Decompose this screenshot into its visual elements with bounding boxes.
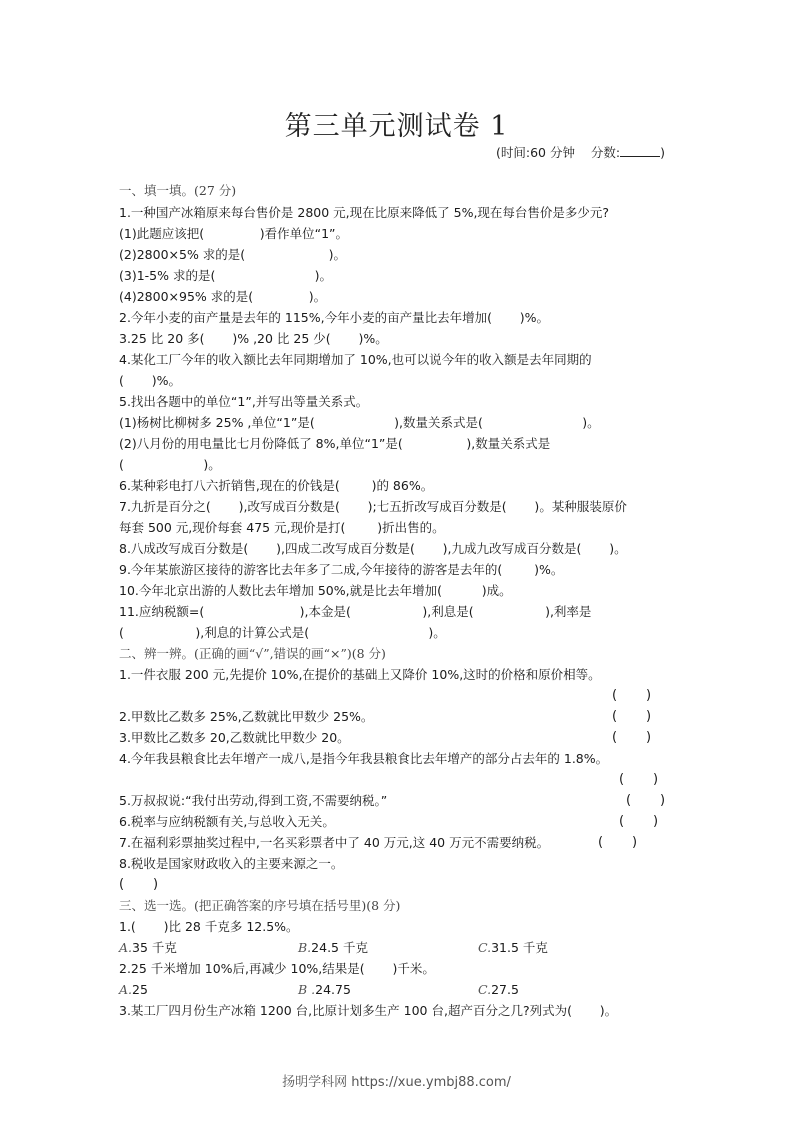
answer-paren[interactable]: ( ) [619,772,658,788]
exam-page: 第三单元测试卷 1 (时间:60 分钟 分数:) 一、填一填。(27 分) 1.… [0,0,793,1122]
option-c[interactable]: C.31.5 千克 [478,940,548,956]
question-line: 2.今年小麦的亩产量是去年的 115%,今年小麦的亩产量比去年增加( )%。 [119,310,549,326]
answer-paren[interactable]: ( ) [619,814,658,830]
option-key: A. [119,940,132,955]
question-line: (1)杨树比柳树多 25% ,单位“1”是( ),数量关系式是( )。 [119,415,600,431]
option-b[interactable]: B .24.75 [298,982,351,998]
option-key: A. [119,982,132,997]
option-key: B. [298,940,311,955]
question-line: 9.今年某旅游区接待的游客比去年多了二成,今年接待的游客是去年的( )%。 [119,562,563,578]
judge-item: 5.万叔叔说:“我付出劳动,得到工资,不需要纳税。” [119,793,387,809]
section-heading-judge: 二、辨一辨。(正确的画“√”,错误的画“×”)(8 分) [119,646,386,662]
question-line: ( )。 [119,457,221,473]
option-value: 35 千克 [132,940,177,955]
judge-item: 7.在福利彩票抽奖过程中,一名买彩票者中了 40 万元,这 40 万元不需要纳税… [119,835,549,851]
judge-item: 6.税率与应纳税额有关,与总收入无关。 [119,814,335,830]
section-heading-choose: 三、选一选。(把正确答案的序号填在括号里)(8 分) [119,898,400,914]
question-line: (3)1-5% 求的是( )。 [119,268,332,284]
score-blank[interactable] [620,144,660,157]
question-line: ( )%。 [119,373,181,389]
judge-item: 3.甲数比乙数多 20,乙数就比甲数少 20。 [119,730,350,746]
judge-item: 2.甲数比乙数多 25%,乙数就比甲数少 25%。 [119,709,373,725]
option-value: 31.5 千克 [491,940,548,955]
question-line: ( ),利息的计算公式是( )。 [119,625,446,641]
question-line: (1)此题应该把( )看作单位“1”。 [119,226,348,242]
judge-item: 1.一件衣服 200 元,先提价 10%,在提价的基础上又降价 10%,这时的价… [119,667,601,683]
answer-paren[interactable]: ( ) [612,730,651,746]
option-value: 24.75 [315,982,351,997]
option-value: 25 [132,982,148,997]
question-line: 3.25 比 20 多( )% ,20 比 25 少( )%。 [119,331,388,347]
question-line: (2)八月份的用电量比七月份降低了 8%,单位“1”是( ),数量关系式是 [119,436,550,452]
site-footer: 扬明学科网 https://xue.ymbj88.com/ [0,1071,793,1090]
answer-paren[interactable]: ( ) [612,709,651,725]
option-key: C. [478,982,491,997]
answer-paren[interactable]: ( ) [612,688,651,704]
judge-item: 8.税收是国家财政收入的主要来源之一。 [119,856,343,872]
question-line: 每套 500 元,现价每套 475 元,现价是打( )折出售的。 [119,520,445,536]
question-line: 4.某化工厂今年的收入额比去年同期增加了 10%,也可以说今年的收入额是去年同期… [119,352,592,368]
option-a[interactable]: A.35 千克 [119,940,177,956]
page-title: 第三单元测试卷 1 [0,104,793,143]
meta-close: ) [660,145,665,160]
section-heading-fill: 一、填一填。(27 分) [119,183,236,199]
question-line: 7.九折是百分之( ),改写成百分数是( );七五折改写成百分数是( )。某种服… [119,499,627,515]
option-value: 24.5 千克 [311,940,368,955]
option-key: C. [478,940,491,955]
question-line: 6.某种彩电打八六折销售,现在的价钱是( )的 86%。 [119,478,433,494]
question-line: 11.应纳税额=( ),本金是( ),利息是( ),利率是 [119,604,591,620]
answer-paren[interactable]: ( ) [119,877,158,893]
question-line: 8.八成改写成百分数是( ),四成二改写成百分数是( ),九成九改写成百分数是(… [119,541,627,557]
question-line: 1.一种国产冰箱原来每台售价是 2800 元,现在比原来降低了 5%,现在每台售… [119,205,609,221]
option-c[interactable]: C.27.5 [478,982,519,998]
choice-question: 1.( )比 28 千克多 12.5%。 [119,919,299,935]
time-label: (时间:60 分钟 [496,145,575,160]
score-label: 分数: [591,145,620,160]
judge-item: 4.今年我县粮食比去年增产一成八,是指今年我县粮食比去年增产的部分占去年的 1.… [119,751,608,767]
option-value: 27.5 [491,982,519,997]
answer-paren[interactable]: ( ) [626,793,665,809]
choice-question: 2.25 千米增加 10%后,再减少 10%,结果是( )千米。 [119,961,435,977]
question-line: (2)2800×5% 求的是( )。 [119,247,346,263]
exam-meta: (时间:60 分钟 分数:) [496,143,665,161]
option-key: B . [298,982,315,997]
question-line: 5.找出各题中的单位“1”,并写出等量关系式。 [119,394,368,410]
choice-question: 3.某工厂四月份生产冰箱 1200 台,比原计划多生产 100 台,超产百分之几… [119,1003,617,1019]
answer-paren[interactable]: ( ) [598,835,637,851]
option-a[interactable]: A.25 [119,982,148,998]
question-line: (4)2800×95% 求的是( )。 [119,289,326,305]
question-line: 10.今年北京出游的人数比去年增加 50%,就是比去年增加( )成。 [119,583,512,599]
option-b[interactable]: B.24.5 千克 [298,940,368,956]
